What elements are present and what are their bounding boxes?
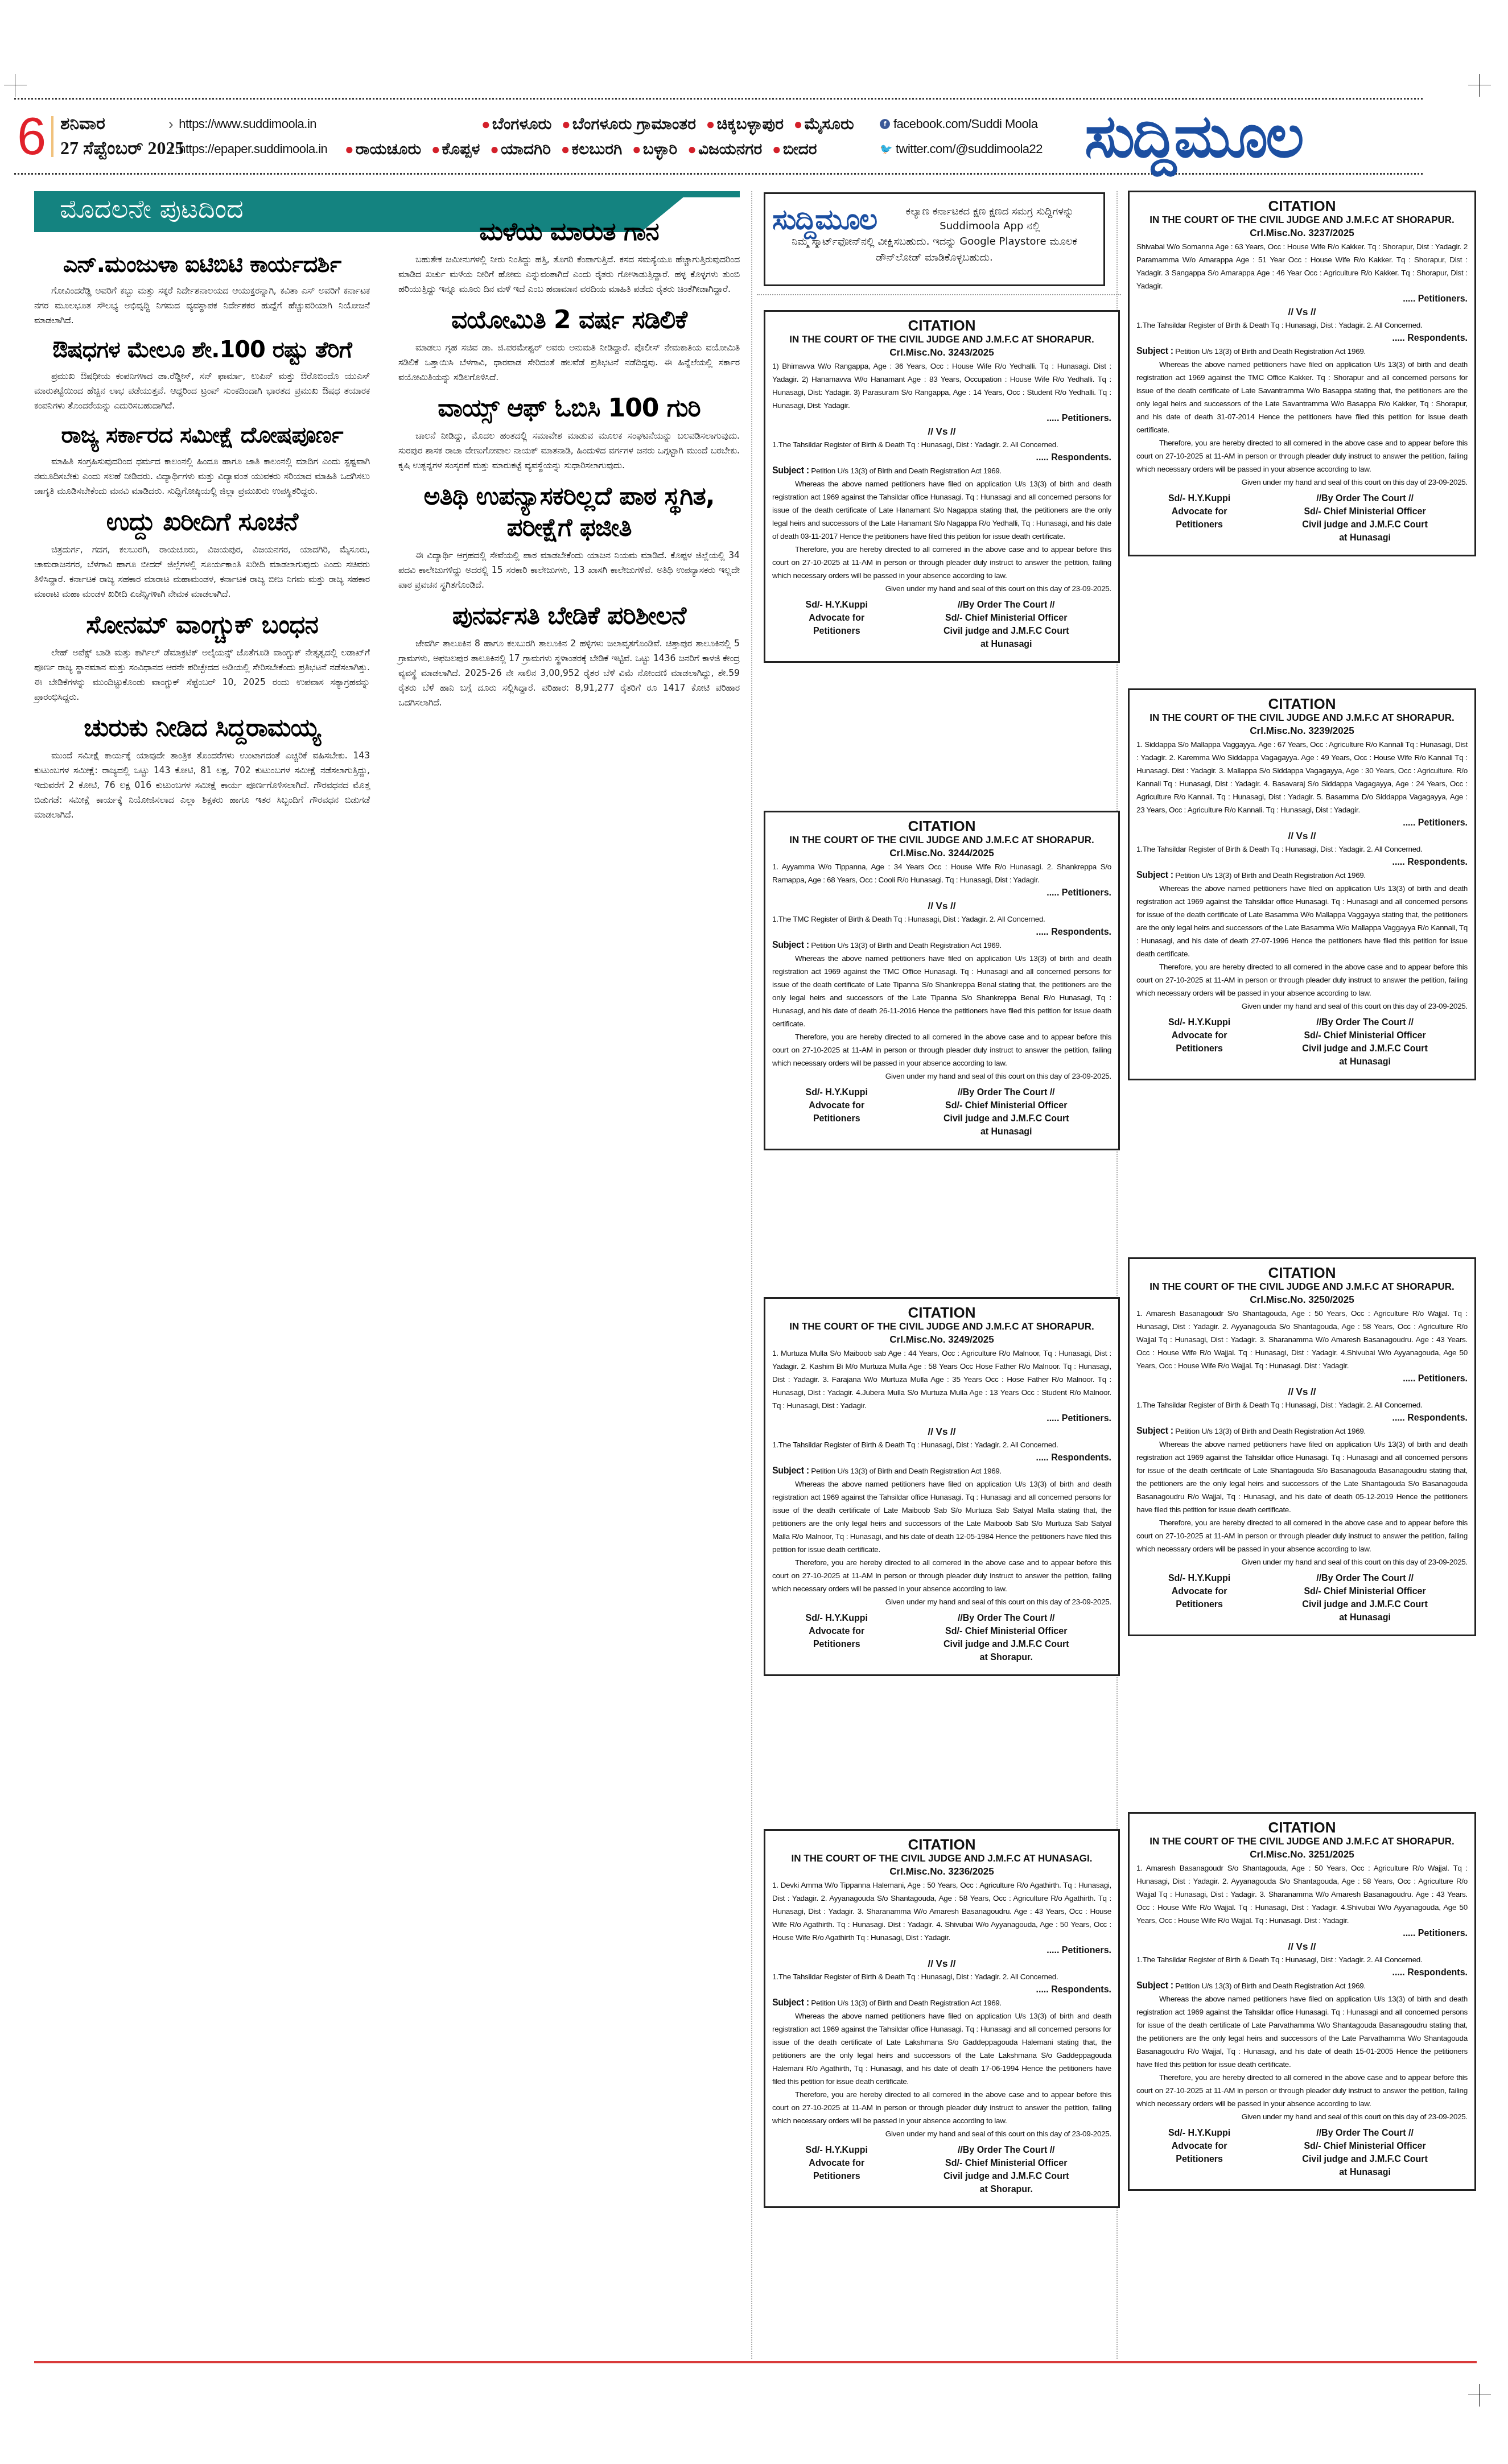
court-order: //By Order The Court //	[1262, 2127, 1468, 2140]
therefore-paragraph: Therefore, you are hereby directed to al…	[772, 1556, 1111, 1595]
therefore-paragraph: Therefore, you are hereby directed to al…	[772, 1030, 1111, 1070]
epaper-link[interactable]: https://epaper.suddimoola.in	[179, 137, 327, 162]
article-body: ಮುಂದೆ ಸಮೀಕ್ಷೆ ಕಾರ್ಯಕ್ಕೆ ಯಾವುದೇ ತಾಂತ್ರಿಕ …	[34, 748, 370, 822]
bullet-icon: ●	[481, 115, 491, 133]
bullet-icon: ●	[794, 115, 803, 133]
petitioners-list: 1. Ayyamma W/o Tippanna, Age : 34 Years …	[772, 860, 1111, 886]
date-block: ಶನಿವಾರ 27 ಸೆಪ್ಟೆಂಬರ್ 2025	[60, 113, 123, 160]
bullet-icon: ●	[431, 141, 440, 158]
signatures: Sd/- H.Y.KuppiAdvocate forPetitioners //…	[1136, 1016, 1468, 1068]
signatory: Sd/- H.Y.Kuppi	[772, 1612, 901, 1625]
signatory-role: Advocate for	[1136, 2140, 1262, 2153]
subject-label: Subject :	[1136, 1426, 1173, 1436]
newspaper-logo: ಸುದ್ದಿಮೂಲ	[1085, 107, 1302, 166]
signatory-role: Advocate for	[1136, 505, 1262, 518]
article-body: ಚಾಲನೆ ನೀಡಿದ್ದು, ಮೊದಲ ಹಂತದಲ್ಲಿ ಸಮಾವೇಶ ಮಾಡ…	[398, 428, 740, 473]
signatory-role: Petitioners	[772, 1638, 901, 1651]
subject-text: Petition U/s 13(3) of Birth and Death Re…	[1175, 347, 1366, 356]
court-location: at Hunasagi	[901, 1125, 1111, 1138]
masthead: 6 ಶನಿವಾರ 27 ಸೆಪ್ಟೆಂಬರ್ 2025 ›https://www…	[14, 98, 1423, 175]
petitioners-label: ..... Petitioners.	[772, 412, 1111, 425]
article-body: ಮಾಹಿತಿ ಸಂಗ್ರಹಿಸುವುದರಿಂದ ಧರ್ಮದ ಕಾಲಂನಲ್ಲಿ …	[34, 454, 370, 498]
subject-label: Subject :	[772, 466, 809, 476]
court-location: at Shorapur.	[901, 1651, 1111, 1664]
signatory-role: Advocate for	[1136, 1029, 1262, 1042]
news-column-1: ಎನ್.ಮಂಜುಳಾ ಐಟಿಬಿಟಿ ಕಾರ್ಯದರ್ಶಿ ಗೋವಿಂದರೆಡ್…	[34, 250, 370, 830]
signatory-role: Advocate for	[1136, 1585, 1262, 1598]
court-name: Civil judge and J.M.F.C Court	[1262, 518, 1468, 531]
news-article: ಎನ್.ಮಂಜುಳಾ ಐಟಿಬಿಟಿ ಕಾರ್ಯದರ್ಶಿ ಗೋವಿಂದರೆಡ್…	[34, 250, 370, 328]
signatures: Sd/- H.Y.KuppiAdvocate forPetitioners //…	[772, 2144, 1111, 2196]
article-headline: ವಾಯ್ಸ್ ಆಫ್ ಓಬಿಸಿ 100 ಗುರಿ	[398, 393, 740, 424]
given-date: Given under my hand and seal of this cou…	[772, 2127, 1111, 2140]
signatory: Sd/- H.Y.Kuppi	[1136, 492, 1262, 505]
signatures: Sd/- H.Y.KuppiAdvocate forPetitioners //…	[1136, 492, 1468, 544]
weekday: ಶನಿವಾರ	[60, 113, 123, 135]
court-name: IN THE COURT OF THE CIVIL JUDGE AND J.M.…	[772, 834, 1111, 847]
petitioners-label: ..... Petitioners.	[772, 886, 1111, 899]
banner-rule	[34, 191, 740, 197]
case-number: Crl.Misc.No. 3251/2025	[1136, 1848, 1468, 1862]
court-name: IN THE COURT OF THE CIVIL JUDGE AND J.M.…	[772, 1852, 1111, 1865]
article-body: ಮಾಡಲು ಗೃಹ ಸಚಿವ ಡಾ. ಜಿ.ಪರಮೇಶ್ವರ್ ಅವರು ಅನು…	[398, 340, 740, 385]
given-date: Given under my hand and seal of this cou…	[1136, 2110, 1468, 2123]
city-edition: ಮೈಸೂರು	[805, 115, 854, 133]
article-headline: ವಯೋಮಿತಿ 2 ವರ್ಷ ಸಡಿಲಿಕೆ	[398, 304, 740, 336]
subject-label: Subject :	[772, 1466, 809, 1476]
respondents-list: 1.The Tahsildar Register of Birth & Deat…	[1136, 319, 1468, 332]
officer: Sd/- Chief Ministerial Officer	[1262, 505, 1468, 518]
case-number: Crl.Misc.No. 3243/2025	[772, 346, 1111, 360]
signatory-role: Petitioners	[772, 1112, 901, 1125]
website-link[interactable]: https://www.suddimoola.in	[179, 112, 316, 137]
crop-mark	[1468, 74, 1491, 97]
signatory-role: Advocate for	[772, 1099, 901, 1112]
bullet-icon: ●	[632, 141, 641, 158]
case-number: Crl.Misc.No. 3237/2025	[1136, 226, 1468, 240]
officer: Sd/- Chief Ministerial Officer	[1262, 2140, 1468, 2153]
legal-notice-citation: CITATION IN THE COURT OF THE CIVIL JUDGE…	[764, 1829, 1120, 2208]
respondents-list: 1.The Tahsildar Register of Birth & Deat…	[1136, 843, 1468, 856]
citation-title: CITATION	[1136, 1819, 1468, 1835]
citation-title: CITATION	[772, 1836, 1111, 1852]
court-location: at Hunasagi	[1262, 1611, 1468, 1624]
therefore-paragraph: Therefore, you are hereby directed to al…	[1136, 436, 1468, 476]
citation-title: CITATION	[772, 317, 1111, 333]
promo-logo: ಸುದ್ದಿಮೂಲ	[772, 203, 876, 237]
therefore-paragraph: Therefore, you are hereby directed to al…	[772, 543, 1111, 582]
news-article: ರಾಜ್ಯ ಸರ್ಕಾರದ ಸಮೀಕ್ಷೆ ದೋಷಪೂರ್ಣ ಮಾಹಿತಿ ಸಂ…	[34, 421, 370, 498]
signatory-role: Advocate for	[772, 612, 901, 625]
signatures: Sd/- H.Y.KuppiAdvocate forPetitioners //…	[1136, 2127, 1468, 2179]
respondents-list: 1.The Tahsildar Register of Birth & Deat…	[772, 1970, 1111, 1983]
article-headline: ಅತಿಥಿ ಉಪನ್ಯಾಸಕರಿಲ್ಲದೆ ಪಾಠ ಸ್ಥಗಿತ, ಪರೀಕ್ಷ…	[398, 481, 740, 543]
city-edition: ಬೆಂಗಳೂರು	[492, 115, 552, 133]
citation-title: CITATION	[1136, 1265, 1468, 1281]
court-name: Civil judge and J.M.F.C Court	[901, 1638, 1111, 1651]
subject-label: Subject :	[772, 1998, 809, 2008]
city-edition: ರಾಯಚೂರು	[356, 140, 421, 158]
signatures: Sd/- H.Y.KuppiAdvocate forPetitioners //…	[772, 599, 1111, 651]
court-location: at Shorapur.	[901, 2183, 1111, 2196]
versus: // Vs //	[772, 1425, 1111, 1438]
officer: Sd/- Chief Ministerial Officer	[901, 1625, 1111, 1638]
signatory-role: Petitioners	[772, 2170, 901, 2183]
therefore-paragraph: Therefore, you are hereby directed to al…	[1136, 2071, 1468, 2110]
legal-notice-citation: CITATION IN THE COURT OF THE CIVIL JUDGE…	[764, 1297, 1120, 1676]
facebook-link[interactable]: facebook.com/Suddi Moola	[893, 112, 1037, 137]
social-links: ffacebook.com/Suddi Moola 🐦twitter.com/@…	[880, 112, 1050, 162]
article-body: ಲೇಹ್ ಅಪೆಕ್ಸ್ ಬಾಡಿ ಮತ್ತು ಕಾರ್ಗಿಲ್ ಡೆಮಾಕ್ರ…	[34, 645, 370, 704]
petitioners-label: ..... Petitioners.	[1136, 292, 1468, 306]
respondents-label: ..... Respondents.	[772, 451, 1111, 464]
signatory: Sd/- H.Y.Kuppi	[1136, 1016, 1262, 1029]
twitter-link[interactable]: twitter.com/@suddimoola22	[896, 137, 1043, 162]
signatory-role: Petitioners	[1136, 1598, 1262, 1611]
legal-notice-citation: CITATION IN THE COURT OF THE CIVIL JUDGE…	[1128, 191, 1476, 556]
issue-date: 27 ಸೆಪ್ಟೆಂಬರ್ 2025	[60, 135, 123, 160]
therefore-paragraph: Therefore, you are hereby directed to al…	[1136, 960, 1468, 1000]
article-body: ಜೇವರ್ಗಿ ತಾಲೂಕಿನ 8 ಹಾಗೂ ಕಲಬುರಗಿ ತಾಲೂಕಿನ 2…	[398, 636, 740, 710]
news-article: ಉದ್ದು ಖರೀದಿಗೆ ಸೂಚನೆ ಚಿತ್ರದುರ್ಗ, ಗದಗ, ಕಲಬ…	[34, 506, 370, 601]
citation-title: CITATION	[772, 1305, 1111, 1320]
subject-label: Subject :	[1136, 1981, 1173, 1991]
citation-title: CITATION	[772, 818, 1111, 834]
article-headline: ರಾಜ್ಯ ಸರ್ಕಾರದ ಸಮೀಕ್ಷೆ ದೋಷಪೂರ್ಣ	[34, 421, 370, 449]
divider	[757, 294, 1121, 295]
column-divider	[751, 191, 752, 2359]
whereas-paragraph: Whereas the above named petitioners have…	[772, 477, 1111, 543]
court-name: Civil judge and J.M.F.C Court	[901, 2170, 1111, 2183]
city-edition: ಬಳ್ಳಾರಿ	[643, 140, 678, 158]
bullet-icon: ●	[706, 115, 715, 133]
court-name: Civil judge and J.M.F.C Court	[1262, 1598, 1468, 1611]
case-number: Crl.Misc.No. 3250/2025	[1136, 1293, 1468, 1307]
petitioners-list: 1. Devki Amma W/o Tippanna Halemani, Age…	[772, 1879, 1111, 1944]
court-order: //By Order The Court //	[1262, 492, 1468, 505]
subject-label: Subject :	[1136, 870, 1173, 880]
petitioners-list: 1. Siddappa S/o Mallappa Vaggayya. Age :…	[1136, 738, 1468, 816]
signatures: Sd/- H.Y.KuppiAdvocate forPetitioners //…	[772, 1612, 1111, 1664]
bullet-icon: ●	[561, 141, 570, 158]
petitioners-list: Shivabai W/o Somanna Age : 63 Years, Occ…	[1136, 240, 1468, 292]
respondents-list: 1.The Tahsildar Register of Birth & Deat…	[772, 438, 1111, 451]
petitioners-list: 1. Amaresh Basanagoudr S/o Shantagouda, …	[1136, 1862, 1468, 1927]
city-edition: ಬೆಂಗಳೂರು ಗ್ರಾಮಾಂತರ	[572, 115, 696, 133]
legal-notice-citation: CITATION IN THE COURT OF THE CIVIL JUDGE…	[1128, 1812, 1476, 2191]
versus: // Vs //	[1136, 829, 1468, 843]
bullet-icon: ●	[687, 141, 697, 158]
city-edition: ಕೊಪ್ಪಳ	[442, 140, 480, 158]
subject-text: Petition U/s 13(3) of Birth and Death Re…	[811, 467, 1002, 475]
petitioners-list: 1) Bhimavva W/o Rangappa, Age : 36 Years…	[772, 360, 1111, 412]
city-edition: ಯಾದಗಿರಿ	[501, 140, 551, 158]
versus: // Vs //	[1136, 306, 1468, 319]
court-location: at Hunasagi	[1262, 2166, 1468, 2179]
promo-text: ನಿಮ್ಮ ಸ್ಮಾರ್ಟ್‌ಫೋನ್‌ನಲ್ಲಿ ವೀಕ್ಷಿಸಬಹುದು. …	[772, 234, 1097, 266]
court-order: //By Order The Court //	[901, 1086, 1111, 1099]
petitioners-label: ..... Petitioners.	[1136, 1372, 1468, 1385]
section-title: ಮೊದಲನೇ ಪುಟದಿಂದ	[60, 193, 244, 225]
legal-notice-citation: CITATION IN THE COURT OF THE CIVIL JUDGE…	[764, 811, 1120, 1150]
petitioners-label: ..... Petitioners.	[772, 1412, 1111, 1425]
court-location: at Hunasagi	[1262, 1055, 1468, 1068]
subject-text: Petition U/s 13(3) of Birth and Death Re…	[1175, 871, 1366, 880]
legal-notice-citation: CITATION IN THE COURT OF THE CIVIL JUDGE…	[764, 310, 1120, 663]
respondents-label: ..... Respondents.	[1136, 1966, 1468, 1979]
bullet-icon: ●	[345, 141, 354, 158]
given-date: Given under my hand and seal of this cou…	[1136, 476, 1468, 489]
signatory-role: Petitioners	[772, 625, 901, 638]
given-date: Given under my hand and seal of this cou…	[772, 1070, 1111, 1083]
case-number: Crl.Misc.No. 3249/2025	[772, 1333, 1111, 1347]
subject-label: Subject :	[1136, 346, 1173, 356]
signatures: Sd/- H.Y.KuppiAdvocate forPetitioners //…	[772, 1086, 1111, 1138]
case-number: Crl.Misc.No. 3239/2025	[1136, 724, 1468, 738]
divider	[51, 116, 53, 157]
subject-text: Petition U/s 13(3) of Birth and Death Re…	[811, 1999, 1002, 2007]
citation-title: CITATION	[1136, 198, 1468, 214]
court-location: at Hunasagi	[901, 638, 1111, 651]
court-order: //By Order The Court //	[901, 599, 1111, 612]
court-order: //By Order The Court //	[901, 2144, 1111, 2157]
news-article: ಅತಿಥಿ ಉಪನ್ಯಾಸಕರಿಲ್ಲದೆ ಪಾಠ ಸ್ಥಗಿತ, ಪರೀಕ್ಷ…	[398, 481, 740, 592]
whereas-paragraph: Whereas the above named petitioners have…	[1136, 358, 1468, 436]
legal-notice-citation: CITATION IN THE COURT OF THE CIVIL JUDGE…	[1128, 688, 1476, 1080]
news-article: ವಯೋಮಿತಿ 2 ವರ್ಷ ಸಡಿಲಿಕೆ ಮಾಡಲು ಗೃಹ ಸಚಿವ ಡಾ…	[398, 304, 740, 385]
article-headline: ಔಷಧಗಳ ಮೇಲೂ ಶೇ.100 ರಷ್ಟು ತೆರಿಗೆ	[34, 336, 370, 364]
city-edition: ಕಲಬುರಗಿ	[572, 140, 623, 158]
crop-mark	[4, 74, 27, 97]
respondents-list: 1.The TMC Register of Birth & Death Tq :…	[772, 913, 1111, 926]
signatory: Sd/- H.Y.Kuppi	[1136, 2127, 1262, 2140]
petitioners-list: 1. Amaresh Basanagoudr S/o Shantagouda, …	[1136, 1307, 1468, 1372]
court-name: Civil judge and J.M.F.C Court	[1262, 2153, 1468, 2166]
officer: Sd/- Chief Ministerial Officer	[1262, 1029, 1468, 1042]
given-date: Given under my hand and seal of this cou…	[1136, 1555, 1468, 1569]
court-order: //By Order The Court //	[901, 1612, 1111, 1625]
court-location: at Hunasagi	[1262, 531, 1468, 544]
page-number: 6	[17, 110, 46, 163]
court-name: Civil judge and J.M.F.C Court	[901, 1112, 1111, 1125]
whereas-paragraph: Whereas the above named petitioners have…	[772, 2009, 1111, 2088]
signatory: Sd/- H.Y.Kuppi	[1136, 1572, 1262, 1585]
whereas-paragraph: Whereas the above named petitioners have…	[1136, 882, 1468, 960]
article-body: ಪ್ರಮುಖ ಔಷಧೀಯ ಕಂಪನಿಗಳಾದ ಡಾ.ರೆಡ್ಡೀಸ್, ಸನ್ …	[34, 369, 370, 413]
signatory-role: Petitioners	[1136, 1042, 1262, 1055]
signatures: Sd/- H.Y.KuppiAdvocate forPetitioners //…	[1136, 1572, 1468, 1624]
whereas-paragraph: Whereas the above named petitioners have…	[772, 952, 1111, 1030]
court-name: IN THE COURT OF THE CIVIL JUDGE AND J.M.…	[772, 333, 1111, 346]
city-edition: ಚಿಕ್ಕಬಳ್ಳಾಪುರ	[717, 115, 784, 133]
news-article: ಚುರುಕು ನೀಡಿದ ಸಿದ್ದರಾಮಯ್ಯ ಮುಂದೆ ಸಮೀಕ್ಷೆ ಕ…	[34, 712, 370, 822]
respondents-label: ..... Respondents.	[772, 926, 1111, 939]
twitter-icon: 🐦	[880, 137, 892, 162]
news-article: ಔಷಧಗಳ ಮೇಲೂ ಶೇ.100 ರಷ್ಟು ತೆರಿಗೆ ಪ್ರಮುಖ ಔಷ…	[34, 336, 370, 413]
article-headline: ಎನ್.ಮಂಜುಳಾ ಐಟಿಬಿಟಿ ಕಾರ್ಯದರ್ಶಿ	[34, 250, 370, 279]
court-name: IN THE COURT OF THE CIVIL JUDGE AND J.M.…	[1136, 1281, 1468, 1293]
bullet-icon: ●	[562, 115, 571, 133]
court-name: IN THE COURT OF THE CIVIL JUDGE AND J.M.…	[1136, 214, 1468, 226]
news-article: ವಾಯ್ಸ್ ಆಫ್ ಓಬಿಸಿ 100 ಗುರಿ ಚಾಲನೆ ನೀಡಿದ್ದು…	[398, 393, 740, 473]
whereas-paragraph: Whereas the above named petitioners have…	[1136, 1992, 1468, 2071]
versus: // Vs //	[1136, 1385, 1468, 1398]
app-promo-ad: ಸುದ್ದಿಮೂಲ ಕಲ್ಯಾಣ ಕರ್ನಾಟಕದ ಕ್ಷಣ ಕ್ಷಣದ ಸಮಗ…	[764, 192, 1105, 286]
bullet-icon: ●	[490, 141, 499, 158]
chevron-right-icon: ›	[168, 112, 173, 137]
chevron-right-icon: ›	[168, 137, 173, 162]
article-headline: ಮಳೆಯ ಮಾರುತ ಗಾನ	[398, 216, 740, 247]
signatory: Sd/- H.Y.Kuppi	[772, 2144, 901, 2157]
case-number: Crl.Misc.No. 3236/2025	[772, 1865, 1111, 1879]
versus: // Vs //	[772, 899, 1111, 913]
city-edition: ಬೀದರ	[783, 140, 817, 158]
officer: Sd/- Chief Ministerial Officer	[901, 2157, 1111, 2170]
respondents-list: 1.The Tahsildar Register of Birth & Deat…	[772, 1438, 1111, 1451]
respondents-list: 1.The Tahsildar Register of Birth & Deat…	[1136, 1398, 1468, 1411]
article-headline: ಪುನರ್ವಸತಿ ಬೇಡಿಕೆ ಪರಿಶೀಲನೆ	[398, 600, 740, 632]
bullet-icon: ●	[772, 141, 781, 158]
whereas-paragraph: Whereas the above named petitioners have…	[1136, 1438, 1468, 1516]
court-order: //By Order The Court //	[1262, 1572, 1468, 1585]
signatory-role: Advocate for	[772, 2157, 901, 2170]
promo-text: ಕಲ್ಯಾಣ ಕರ್ನಾಟಕದ ಕ್ಷಣ ಕ್ಷಣದ ಸಮಗ್ರ ಸುದ್ದಿಗ…	[883, 204, 1097, 234]
news-article: ಮಳೆಯ ಮಾರುತ ಗಾನ ಬಹುತೇಕ ಜಮೀನುಗಳಲ್ಲಿ ನೀರು ನ…	[398, 216, 740, 296]
court-name: IN THE COURT OF THE CIVIL JUDGE AND J.M.…	[1136, 1835, 1468, 1848]
officer: Sd/- Chief Ministerial Officer	[901, 1099, 1111, 1112]
article-headline: ಸೋನಮ್ ವಾಂಗ್ಚುಕ್ ಬಂಧನ	[34, 609, 370, 641]
respondents-label: ..... Respondents.	[1136, 332, 1468, 345]
petitioners-label: ..... Petitioners.	[1136, 1927, 1468, 1940]
website-links: ›https://www.suddimoola.in ›https://epap…	[168, 112, 316, 162]
subject-text: Petition U/s 13(3) of Birth and Death Re…	[811, 1467, 1002, 1475]
therefore-paragraph: Therefore, you are hereby directed to al…	[1136, 1516, 1468, 1555]
news-column-2: ಮಳೆಯ ಮಾರುತ ಗಾನ ಬಹುತೇಕ ಜಮೀನುಗಳಲ್ಲಿ ನೀರು ನ…	[398, 216, 740, 718]
article-body: ಈ ವಿದ್ಯಾರ್ಥಿ ಆಗ್ರಹದಲ್ಲಿ ಸೇವೆಯಲ್ಲಿ ಪಾಠ ಮಾ…	[398, 548, 740, 592]
court-order: //By Order The Court //	[1262, 1016, 1468, 1029]
article-headline: ಚುರುಕು ನೀಡಿದ ಸಿದ್ದರಾಮಯ್ಯ	[34, 712, 370, 744]
signatory-role: Petitioners	[1136, 518, 1262, 531]
facebook-icon: f	[880, 119, 890, 129]
respondents-list: 1.The Tahsildar Register of Birth & Deat…	[1136, 1953, 1468, 1966]
court-name: IN THE COURT OF THE CIVIL JUDGE AND J.M.…	[1136, 712, 1468, 724]
subject-label: Subject :	[772, 940, 809, 950]
versus: // Vs //	[772, 1957, 1111, 1970]
subject-text: Petition U/s 13(3) of Birth and Death Re…	[811, 941, 1002, 950]
article-body: ಗೋವಿಂದರೆಡ್ಡಿ ಅವರಿಗೆ ಕಬ್ಬು ಮತ್ತು ಸಕ್ಕರೆ ನ…	[34, 283, 370, 328]
legal-notice-citation: CITATION IN THE COURT OF THE CIVIL JUDGE…	[1128, 1257, 1476, 1636]
footer-rule	[34, 2361, 1477, 2363]
respondents-label: ..... Respondents.	[1136, 856, 1468, 869]
signatory-role: Advocate for	[772, 1625, 901, 1638]
given-date: Given under my hand and seal of this cou…	[772, 1595, 1111, 1608]
crop-mark	[1468, 2384, 1491, 2407]
city-edition: ವಿಜಯನಗರ	[698, 140, 762, 158]
signatory-role: Petitioners	[1136, 2153, 1262, 2166]
news-article: ಸೋನಮ್ ವಾಂಗ್ಚುಕ್ ಬಂಧನ ಲೇಹ್ ಅಪೆಕ್ಸ್ ಬಾಡಿ ಮ…	[34, 609, 370, 704]
court-name: Civil judge and J.M.F.C Court	[901, 625, 1111, 638]
subject-text: Petition U/s 13(3) of Birth and Death Re…	[1175, 1427, 1366, 1435]
signatory: Sd/- H.Y.Kuppi	[772, 1086, 901, 1099]
officer: Sd/- Chief Ministerial Officer	[901, 612, 1111, 625]
respondents-label: ..... Respondents.	[772, 1983, 1111, 1996]
city-editions: ●ಬೆಂಗಳೂರು ●ಬೆಂಗಳೂರು ಗ್ರಾಮಾಂತರ ●ಚಿಕ್ಕಬಳ್ಳ…	[345, 112, 857, 162]
subject-text: Petition U/s 13(3) of Birth and Death Re…	[1175, 1982, 1366, 1990]
respondents-label: ..... Respondents.	[1136, 1411, 1468, 1425]
given-date: Given under my hand and seal of this cou…	[772, 582, 1111, 595]
article-body: ಬಹುತೇಕ ಜಮೀನುಗಳಲ್ಲಿ ನೀರು ನಿಂತಿದ್ದು ಹತ್ತಿ,…	[398, 252, 740, 296]
case-number: Crl.Misc.No. 3244/2025	[772, 847, 1111, 860]
petitioners-list: 1. Murtuza Mulla S/o Maiboob sab Age : 4…	[772, 1347, 1111, 1412]
officer: Sd/- Chief Ministerial Officer	[1262, 1585, 1468, 1598]
petitioners-label: ..... Petitioners.	[772, 1944, 1111, 1957]
whereas-paragraph: Whereas the above named petitioners have…	[772, 1477, 1111, 1556]
court-name: Civil judge and J.M.F.C Court	[1262, 1042, 1468, 1055]
versus: // Vs //	[1136, 1940, 1468, 1953]
article-headline: ಉದ್ದು ಖರೀದಿಗೆ ಸೂಚನೆ	[34, 506, 370, 538]
given-date: Given under my hand and seal of this cou…	[1136, 1000, 1468, 1013]
respondents-label: ..... Respondents.	[772, 1451, 1111, 1464]
petitioners-label: ..... Petitioners.	[1136, 816, 1468, 829]
news-article: ಪುನರ್ವಸತಿ ಬೇಡಿಕೆ ಪರಿಶೀಲನೆ ಜೇವರ್ಗಿ ತಾಲೂಕಿ…	[398, 600, 740, 710]
article-body: ಚಿತ್ರದುರ್ಗ, ಗದಗ, ಕಲಬುರಗಿ, ರಾಯಚೂರು, ವಿಜಯಪ…	[34, 542, 370, 601]
therefore-paragraph: Therefore, you are hereby directed to al…	[772, 2088, 1111, 2127]
versus: // Vs //	[772, 425, 1111, 438]
signatory: Sd/- H.Y.Kuppi	[772, 599, 901, 612]
court-name: IN THE COURT OF THE CIVIL JUDGE AND J.M.…	[772, 1320, 1111, 1333]
citation-title: CITATION	[1136, 696, 1468, 712]
